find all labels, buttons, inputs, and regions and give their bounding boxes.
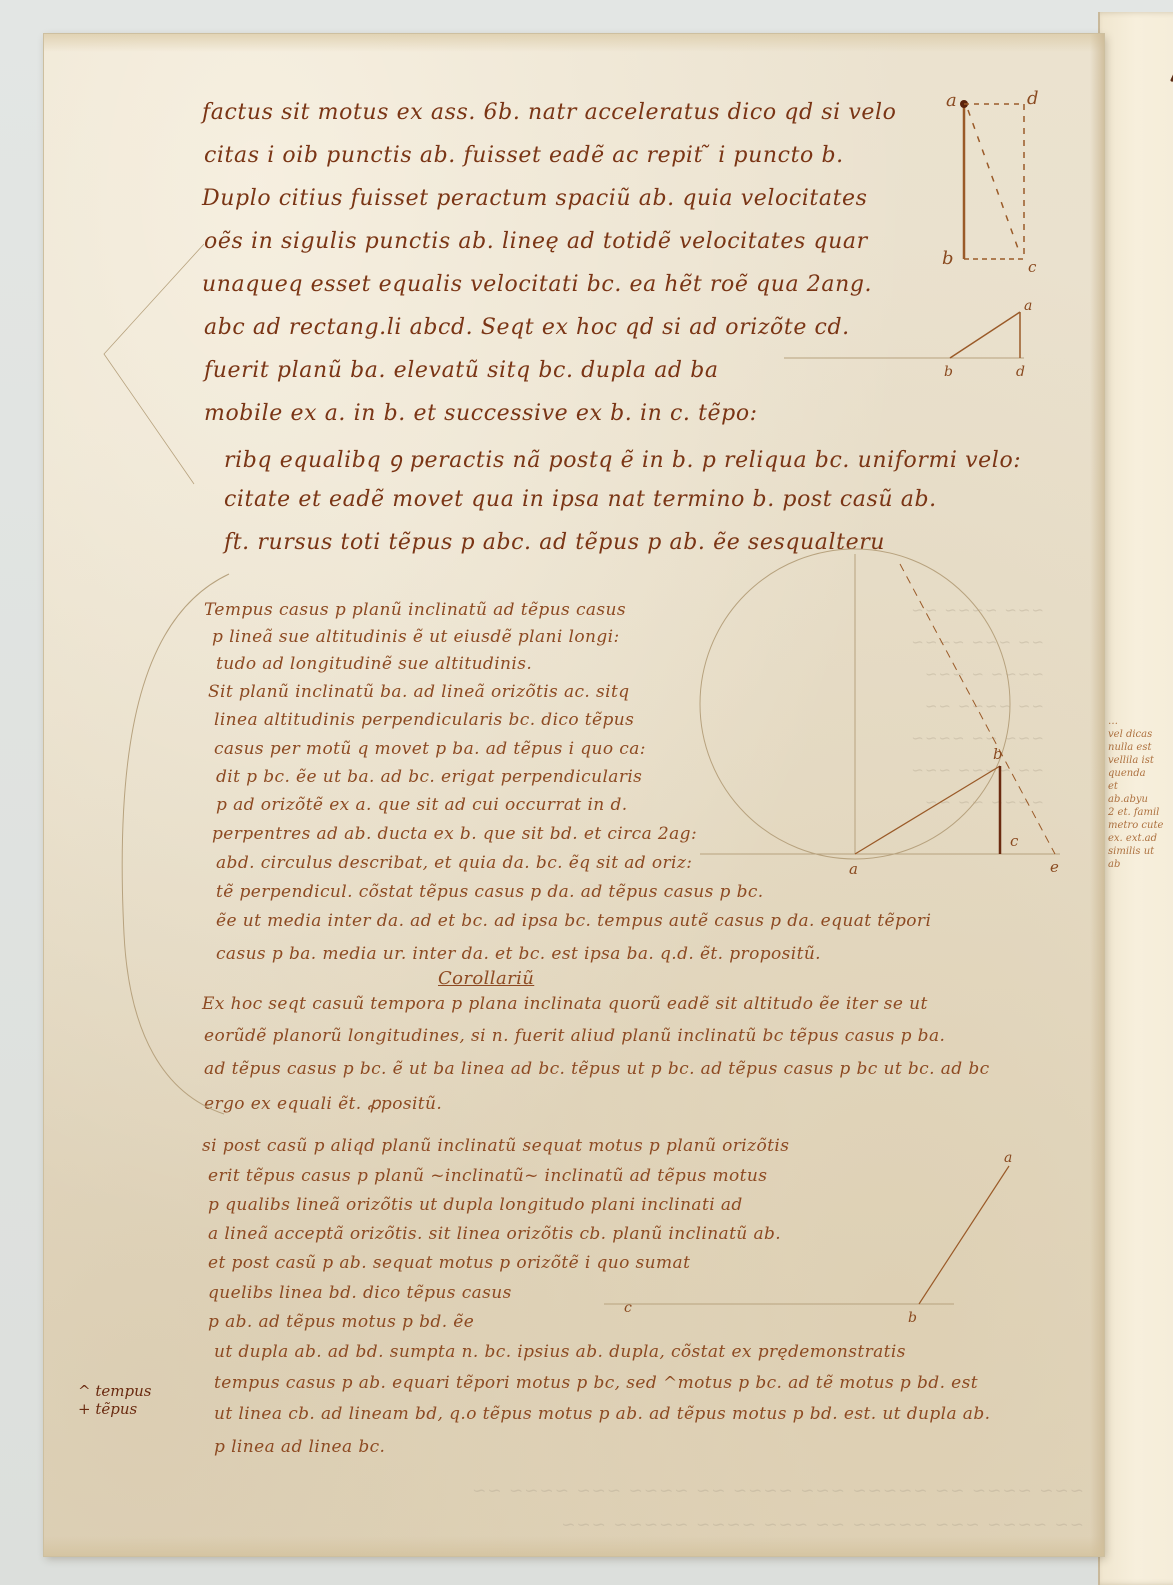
manuscript-line: abc ad rectang.li abcd. Seqt ex hoc qd s…	[204, 315, 850, 340]
manuscript-line: Ex hoc seqt casuũ tempora p plana inclin…	[202, 994, 928, 1014]
note-line: ab	[1108, 859, 1120, 870]
manuscript-line: ft. rursus toti tẽpus p abc. ad tẽpus p …	[224, 530, 885, 555]
page-edge	[1090, 34, 1104, 1556]
manuscript-line: oẽs in sigulis punctis ab. lineę ad toti…	[204, 229, 868, 254]
manuscript-line: Tempus casus p planũ inclinatũ ad tẽpus …	[204, 600, 626, 620]
manuscript-line: tudo ad longitudinẽ sue altitudinis.	[216, 654, 532, 674]
manuscript-line: casus per motũ q movet p ba. ad tẽpus i …	[214, 739, 646, 759]
svg-text:a: a	[849, 860, 858, 878]
manuscript-line: casus p ba. media ur. inter da. et bc. e…	[216, 944, 821, 964]
svg-text:a: a	[1024, 298, 1032, 314]
incline-diagram: a b c	[604, 1144, 1024, 1324]
note-line: metro cute	[1108, 820, 1163, 831]
manuscript-line: tempus casus p ab. equari tẽpori motus p…	[214, 1373, 978, 1393]
svg-text:b: b	[944, 364, 953, 380]
manuscript-line: Sit planũ inclinatũ ba. ad lineã orizõti…	[208, 682, 630, 702]
rectangle-diagram: a d b c	[924, 84, 1034, 284]
manuscript-line: perpentres ad ab. ducta ex b. que sit bd…	[212, 824, 697, 844]
margin-note-line: + tẽpus	[78, 1400, 137, 1418]
manuscript-line: factus sit motus ex ass. 6b. natr accele…	[202, 100, 896, 125]
manuscript-line: linea altitudinis perpendicularis bc. di…	[214, 710, 634, 730]
note-line: vel dicas	[1108, 729, 1152, 740]
manuscript-line: tẽ perpendicul. cõstat tẽpus casus p da.…	[216, 882, 764, 902]
bleed-through-text: ~~~ ~~~~ ~~ ~~~~~ ~~~ ~~~~ ~~ ~~~~ ~~~ ~…	[104, 1474, 1084, 1554]
note-line: nulla est	[1108, 742, 1152, 753]
manuscript-page: ~~~ ~~~~ ~~ ~~~~~ ~~~ ~~~~ ~~ ~~~~ ~~~ ~…	[44, 34, 1104, 1556]
manuscript-line: quelibs linea bd. dico tẽpus casus	[208, 1283, 512, 1303]
manuscript-line: unaqueq esset equalis velocitati bc. ea …	[202, 272, 872, 297]
manuscript-line: ut linea cb. ad lineam bd, q.o tẽpus mot…	[214, 1404, 990, 1424]
manuscript-line: ẽe ut media inter da. ad et bc. ad ipsa …	[216, 911, 931, 931]
manuscript-line: citate et eadẽ movet qua in ipsa nat ter…	[224, 487, 937, 512]
note-line: …	[1108, 716, 1118, 727]
note-line: ex. ext.ad	[1108, 833, 1157, 844]
adjacent-leaf: … vel dicas nulla est vellila ist quenda…	[1098, 12, 1173, 1585]
note-line: ab.abyu	[1108, 794, 1148, 805]
svg-text:e: e	[1050, 858, 1059, 876]
svg-text:c: c	[1028, 258, 1037, 276]
manuscript-line: ut dupla ab. ad bd. sumpta n. bc. ipsius…	[214, 1342, 906, 1362]
manuscript-line: fuerit planũ ba. elevatũ sitq bc. dupla …	[204, 358, 719, 383]
circle-construction-diagram: b a c e	[700, 554, 1060, 894]
faint-construction-lines	[84, 234, 244, 1134]
manuscript-line: eorũdẽ planorũ longitudines, si n. fueri…	[204, 1026, 945, 1046]
note-line: 2 et. famil	[1108, 807, 1159, 818]
margin-note-line: ^ tempus	[78, 1382, 151, 1400]
manuscript-line: mobile ex a. in b. et successive ex b. i…	[204, 401, 758, 426]
manuscript-line: p linea ad linea bc.	[214, 1437, 385, 1457]
manuscript-line: ad tẽpus casus p bc. ẽ ut ba linea ad bc…	[204, 1059, 990, 1079]
svg-text:b: b	[942, 248, 954, 269]
margin-note: ^ tempus + tẽpus	[78, 1364, 151, 1418]
svg-text:a: a	[946, 90, 957, 111]
svg-text:c: c	[1010, 832, 1019, 850]
manuscript-line: dit p bc. ẽe ut ba. ad bc. erigat perpen…	[216, 767, 642, 787]
svg-text:b: b	[908, 1310, 917, 1326]
triangle-diagram: a b d	[784, 304, 1044, 394]
manuscript-line: ribq equalibq ꝯ peractis nã postq ẽ in b…	[224, 444, 1021, 474]
svg-text:c: c	[624, 1300, 632, 1316]
adjacent-leaf-notes: … vel dicas nulla est vellila ist quenda…	[1108, 702, 1173, 871]
manuscript-line: Duplo citius fuisset peractum spaciũ ab.…	[202, 186, 868, 211]
note-line: et	[1108, 781, 1118, 792]
svg-text:a: a	[1004, 1150, 1012, 1166]
manuscript-line: p ad orizõtẽ ex a. que sit ad cui occurr…	[216, 795, 628, 815]
corollary-heading: Corollariũ	[438, 968, 534, 989]
note-line: quenda	[1108, 768, 1146, 779]
svg-text:b: b	[993, 745, 1003, 763]
manuscript-line: p ab. ad tẽpus motus p bd. ẽe	[208, 1312, 474, 1332]
note-line: similis ut	[1108, 846, 1154, 857]
manuscript-line: citas i oib punctis ab. fuisset eadẽ ac …	[204, 143, 844, 168]
svg-text:d: d	[1016, 364, 1025, 380]
svg-text:d: d	[1027, 88, 1039, 109]
page-edge	[44, 34, 1104, 52]
manuscript-line: abd. circulus describat, et quia da. bc.…	[216, 853, 692, 873]
note-line: vellila ist	[1108, 755, 1154, 766]
manuscript-line: p lineã sue altitudinis ẽ ut eiusdẽ plan…	[212, 627, 620, 647]
